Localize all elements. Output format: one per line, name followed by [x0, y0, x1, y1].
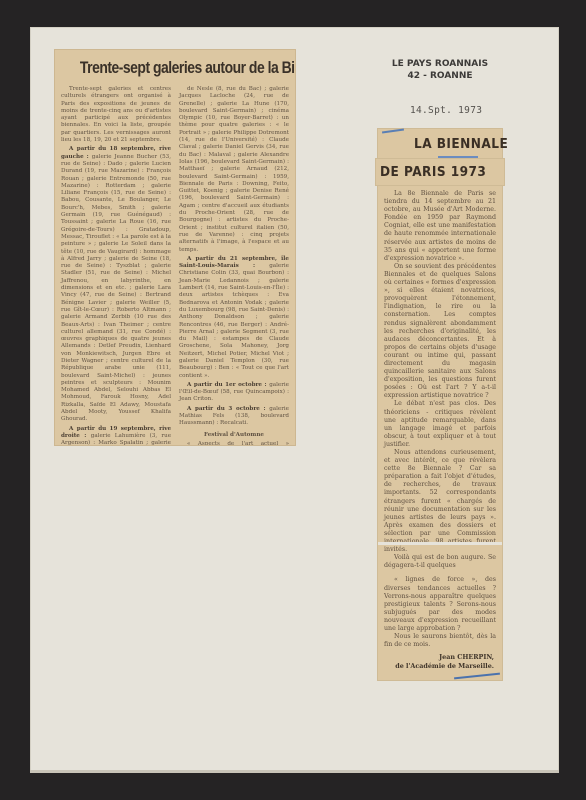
headline-line-1: LA BIENNALE — [414, 136, 508, 152]
article-paragraph: A partir du 3 octobre : galerie Mathias … — [179, 406, 289, 428]
article-body: La 8e Biennale de Paris se tiendra du 14… — [378, 186, 502, 670]
pen-underline — [438, 156, 478, 158]
clipping-columns: Trente-sept galeries et centres culturel… — [55, 82, 295, 445]
newspaper-name: LE PAYS ROANNAIS — [380, 58, 500, 70]
article-paragraph: Le débat n'est pas clos. Des théoriciens… — [384, 400, 496, 449]
article-paragraph: A partir du 18 septembre, rive gauche : … — [61, 146, 171, 423]
author-affiliation: de l'Académie de Marseille. — [384, 662, 494, 670]
article-paragraph: Voilà qui est de bon augure. Se dégagera… — [384, 554, 496, 570]
clipping-galeries: Trente-sept galeries autour de la Bienna… — [55, 50, 295, 445]
article-paragraph: On se souvient des précédentes Biennales… — [384, 263, 496, 401]
article-paragraph: « lignes de force », des diverses tendan… — [384, 576, 496, 633]
headline-strip-2: DE PARIS 1973 — [376, 159, 504, 185]
author-name: Jean CHERPIN, — [384, 653, 494, 661]
clipping-biennale-body: La 8e Biennale de Paris se tiendra du 14… — [378, 186, 502, 680]
newspaper-location: 42 - ROANNE — [380, 70, 500, 82]
article-paragraph: A partir du 21 septembre, île Saint-Loui… — [179, 256, 289, 380]
headline-strip-1: LA BIENNALE — [378, 129, 502, 159]
newspaper-masthead: LE PAYS ROANNAIS 42 - ROANNE — [380, 58, 500, 82]
paragraph-lead: A partir du 19 septembre, rive droite : — [61, 426, 171, 439]
article-column-2: de Nesle (8, rue du Bac) ; galerie Jacqu… — [179, 86, 289, 445]
date-stamp: 14.Spt. 1973 — [410, 105, 482, 116]
pen-mark — [454, 673, 500, 680]
article-paragraph: de Nesle (8, rue du Bac) ; galerie Jacqu… — [179, 86, 289, 254]
article-paragraph: Trente-sept galeries et centres culturel… — [61, 86, 171, 144]
article-paragraph: A partir du 19 septembre, rive droite : … — [61, 426, 171, 445]
article-paragraph: « Aspects de l'art actuel » présentés pa… — [179, 441, 289, 445]
pen-mark — [382, 128, 404, 133]
clipping-seam — [378, 542, 502, 545]
section-subhead: Festival d'Automne — [179, 432, 289, 439]
paragraph-lead: A partir du 21 septembre, île Saint-Loui… — [179, 256, 289, 269]
headline-line-2: DE PARIS 1973 — [380, 164, 486, 180]
article-paragraph: Nous le saurons bientôt, dès la fin de c… — [384, 633, 496, 649]
article-paragraphs-part1: La 8e Biennale de Paris se tiendra du 14… — [384, 190, 496, 570]
article-paragraph: Nous attendons curieusement, et avec int… — [384, 449, 496, 554]
article-column-1: Trente-sept galeries et centres culturel… — [61, 86, 171, 445]
paragraph-lead: A partir du 3 octobre : — [187, 406, 269, 412]
article-signature: Jean CHERPIN, de l'Académie de Marseille… — [384, 653, 496, 670]
paragraph-lead: A partir du 18 septembre, rive gauche : — [61, 146, 171, 159]
clipping-headline: Trente-sept galeries autour de la Bienna… — [77, 50, 274, 82]
article-paragraph: A partir du 1er octobre : galerie l'Œil-… — [179, 382, 289, 404]
article-paragraph: La 8e Biennale de Paris se tiendra du 14… — [384, 190, 496, 263]
article-paragraphs-part2: « lignes de force », des diverses tendan… — [384, 576, 496, 649]
paragraph-lead: A partir du 1er octobre : — [187, 382, 269, 388]
